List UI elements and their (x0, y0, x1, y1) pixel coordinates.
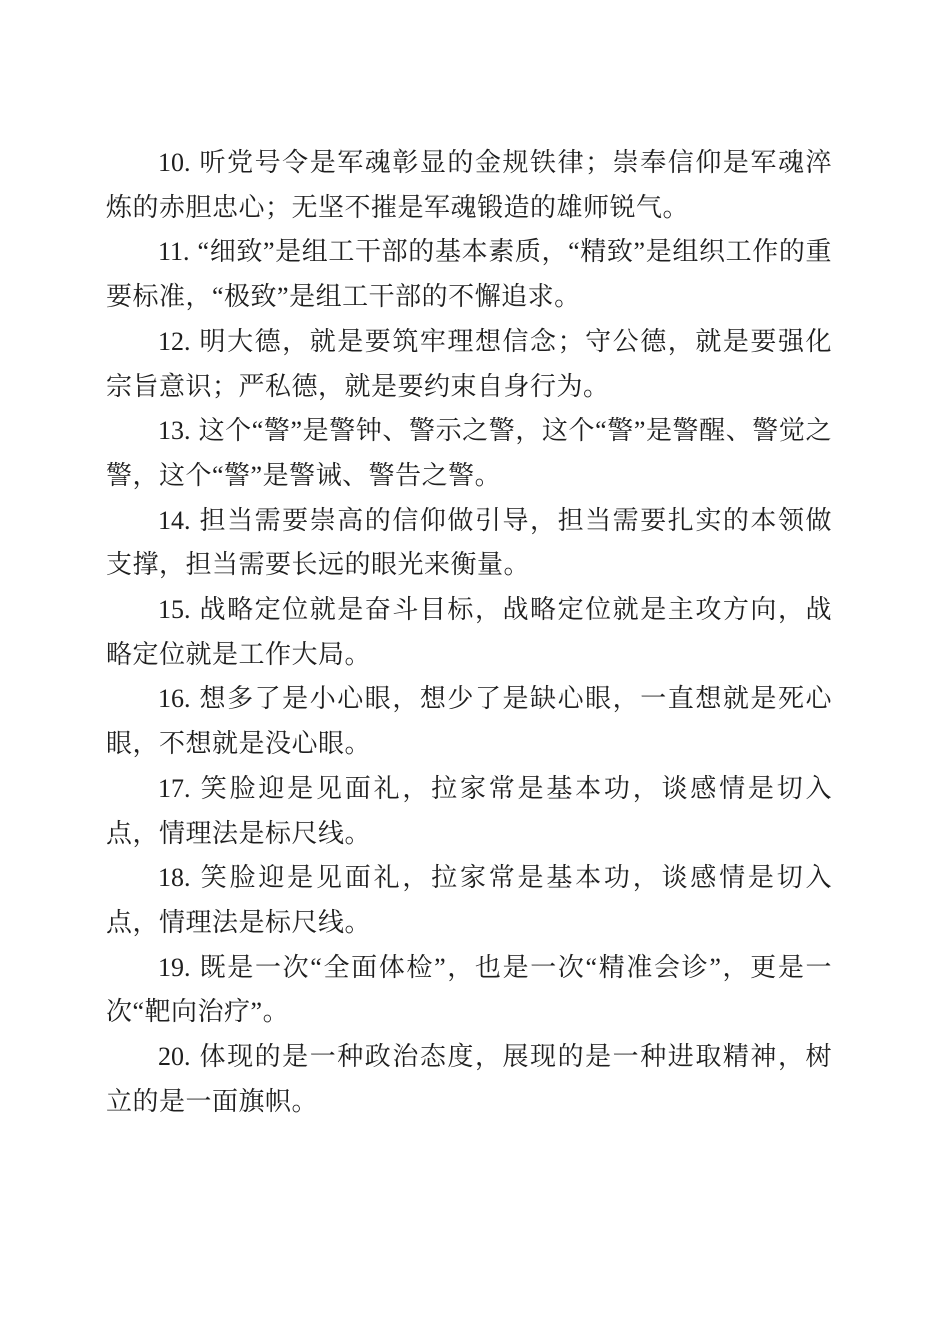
list-item: 13.这个“警”是警钟、警示之警，这个“警”是警醒、警觉之警，这个“警”是警诫、… (106, 409, 832, 498)
list-item: 17.笑脸迎是见面礼，拉家常是基本功，谈感情是切入点，情理法是标尺线。 (106, 767, 832, 856)
list-item: 16.想多了是小心眼，想少了是缺心眼，一直想就是死心眼，不想就是没心眼。 (106, 677, 832, 766)
item-text: 听党号令是军魂彰显的金规铁律；崇奉信仰是军魂淬炼的赤胆忠心；无坚不摧是军魂锻造的… (106, 148, 832, 222)
document-body: 10.听党号令是军魂彰显的金规铁律；崇奉信仰是军魂淬炼的赤胆忠心；无坚不摧是军魂… (106, 141, 832, 1124)
item-text: 担当需要崇高的信仰做引导，担当需要扎实的本领做支撑，担当需要长远的眼光来衡量。 (106, 506, 832, 580)
item-text: 战略定位就是奋斗目标，战略定位就是主攻方向，战略定位就是工作大局。 (106, 595, 832, 669)
item-number: 15. (158, 595, 191, 624)
item-text: 想多了是小心眼，想少了是缺心眼，一直想就是死心眼，不想就是没心眼。 (106, 684, 832, 758)
list-item: 15.战略定位就是奋斗目标，战略定位就是主攻方向，战略定位就是工作大局。 (106, 588, 832, 677)
item-number: 12. (158, 327, 191, 356)
item-number: 17. (158, 774, 191, 803)
item-number: 18. (158, 863, 191, 892)
item-text: 明大德，就是要筑牢理想信念；守公德，就是要强化宗旨意识；严私德，就是要约束自身行… (106, 327, 832, 401)
list-item: 10.听党号令是军魂彰显的金规铁律；崇奉信仰是军魂淬炼的赤胆忠心；无坚不摧是军魂… (106, 141, 832, 230)
list-item: 12.明大德，就是要筑牢理想信念；守公德，就是要强化宗旨意识；严私德，就是要约束… (106, 320, 832, 409)
item-number: 13. (158, 416, 191, 445)
list-item: 11.“细致”是组工干部的基本素质，“精致”是组织工作的重要标准，“极致”是组工… (106, 230, 832, 319)
item-text: “细致”是组工干部的基本素质，“精致”是组织工作的重要标准，“极致”是组工干部的… (106, 237, 832, 311)
list-item: 19.既是一次“全面体检”，也是一次“精准会诊”，更是一次“靶向治疗”。 (106, 946, 832, 1035)
item-number: 11. (158, 237, 190, 266)
item-number: 20. (158, 1042, 191, 1071)
list-item: 14.担当需要崇高的信仰做引导，担当需要扎实的本领做支撑，担当需要长远的眼光来衡… (106, 499, 832, 588)
item-number: 16. (158, 684, 191, 713)
item-number: 14. (158, 506, 191, 535)
document-page: 10.听党号令是军魂彰显的金规铁律；崇奉信仰是军魂淬炼的赤胆忠心；无坚不摧是军魂… (0, 0, 950, 1344)
item-text: 既是一次“全面体检”，也是一次“精准会诊”，更是一次“靶向治疗”。 (106, 953, 832, 1027)
item-text: 体现的是一种政治态度，展现的是一种进取精神，树立的是一面旗帜。 (106, 1042, 832, 1116)
item-number: 10. (158, 148, 191, 177)
list-item: 18.笑脸迎是见面礼，拉家常是基本功，谈感情是切入点，情理法是标尺线。 (106, 856, 832, 945)
list-item: 20.体现的是一种政治态度，展现的是一种进取精神，树立的是一面旗帜。 (106, 1035, 832, 1124)
item-number: 19. (158, 953, 191, 982)
item-text: 笑脸迎是见面礼，拉家常是基本功，谈感情是切入点，情理法是标尺线。 (106, 774, 832, 848)
item-text: 笑脸迎是见面礼，拉家常是基本功，谈感情是切入点，情理法是标尺线。 (106, 863, 832, 937)
item-text: 这个“警”是警钟、警示之警，这个“警”是警醒、警觉之警，这个“警”是警诫、警告之… (106, 416, 832, 490)
